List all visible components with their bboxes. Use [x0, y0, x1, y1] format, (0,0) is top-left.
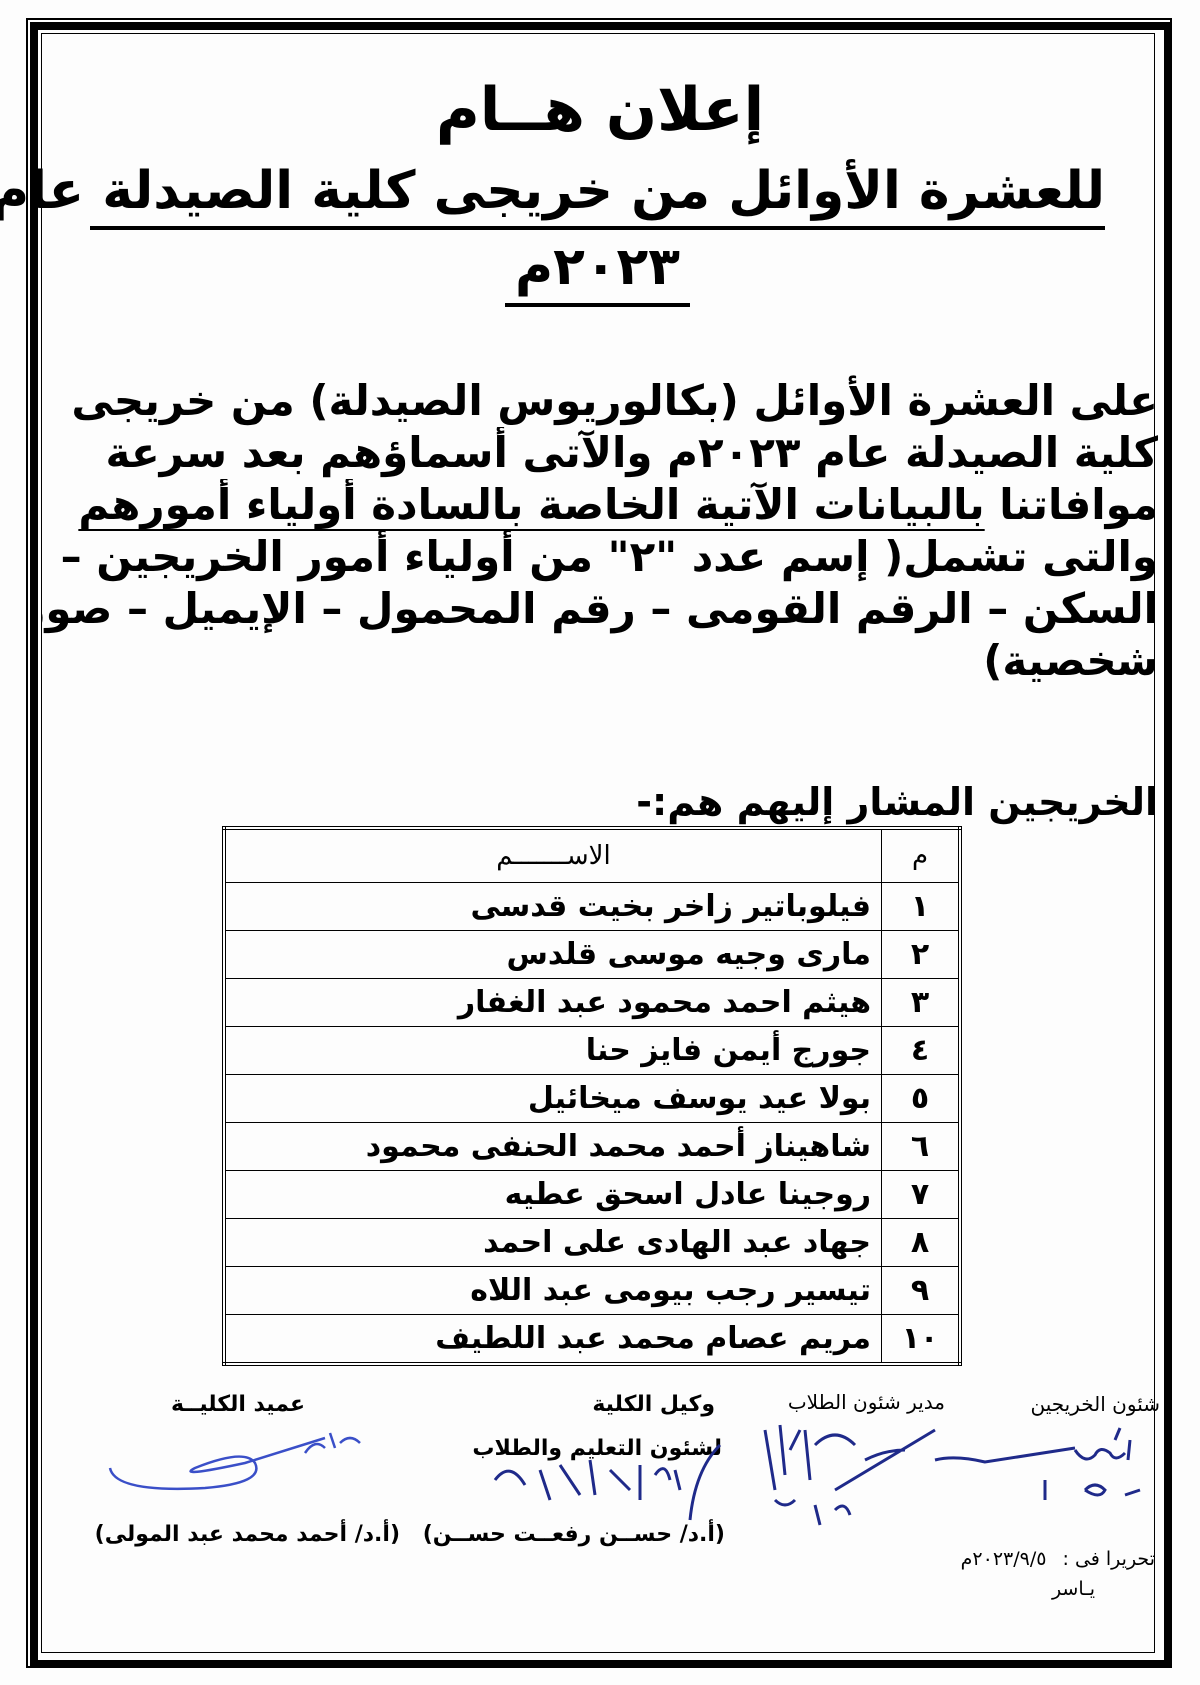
row-name: فيلوباتير زاخر بخيت قدسى [224, 883, 882, 931]
row-name: مارى وجيه موسى قلدس [224, 931, 882, 979]
dean-name: (أ.د/ أحمد محمد عبد المولى) [95, 1522, 400, 1547]
row-name: هيثم احمد محمود عبد الغفار [224, 979, 882, 1027]
header-name: الاســـــــم [224, 828, 882, 883]
announcement-body: على العشرة الأوائل (بكالوريوس الصيدلة) م… [42, 375, 1158, 687]
row-name: تيسير رجب بيومى عبد اللاه [224, 1267, 882, 1315]
vice-dean-signature [480, 1440, 730, 1525]
vice-dean-label: وكيل الكلية [592, 1392, 715, 1417]
body-line-6: شخصية) [42, 635, 1158, 687]
table-row: ١٠مريم عصام محمد عبد اللطيف [224, 1315, 960, 1365]
table-row: ٥بولا عيد يوسف ميخائيل [224, 1075, 960, 1123]
table-row: ٧روجينا عادل اسحق عطيه [224, 1171, 960, 1219]
body-line-5: السكن – الرقم القومى – رقم المحمول – الإ… [42, 583, 1158, 635]
table-row: ١فيلوباتير زاخر بخيت قدسى [224, 883, 960, 931]
row-name: روجينا عادل اسحق عطيه [224, 1171, 882, 1219]
written-date-label: تحريرا فى : [1063, 1548, 1156, 1570]
row-name: جهاد عبد الهادى على احمد [224, 1219, 882, 1267]
header-num: م [882, 828, 961, 883]
written-date: تحريرا فى : ٢٠٢٣/٩/٥م [961, 1548, 1155, 1570]
row-num: ٧ [882, 1171, 961, 1219]
body-line-4: والتى تشمل( إسم عدد "٢" من أولياء أمور ا… [42, 531, 1158, 583]
table-row: ٦شاهيناز أحمد محمد الحنفى محمود [224, 1123, 960, 1171]
vice-dean-name: (أ.د/ حســن رفعــت حســن) [423, 1522, 725, 1547]
document-title: إعلان هــام [0, 80, 1200, 140]
body-line-3: موافاتنا بالبيانات الآتية الخاصة بالسادة… [42, 479, 1158, 531]
table-row: ٣هيثم احمد محمود عبد الغفار [224, 979, 960, 1027]
subtitle-line-2: ٢٠٢٣م [505, 230, 690, 306]
table-row: ٨جهاد عبد الهادى على احمد [224, 1219, 960, 1267]
document-subtitle: للعشرة الأوائل من خريجى كلية الصيدلة عام… [90, 160, 1105, 307]
subtitle-line-1: للعشرة الأوائل من خريجى كلية الصيدلة عام [90, 160, 1105, 230]
table-row: ٢مارى وجيه موسى قلدس [224, 931, 960, 979]
row-num: ٨ [882, 1219, 961, 1267]
row-name: جورج أيمن فايز حنا [224, 1027, 882, 1075]
student-affairs-director-label: مدير شئون الطلاب [788, 1390, 945, 1414]
row-num: ٥ [882, 1075, 961, 1123]
row-name: مريم عصام محمد عبد اللطيف [224, 1315, 882, 1365]
row-num: ٦ [882, 1123, 961, 1171]
graduates-affairs-signature [925, 1420, 1155, 1510]
written-by: يـاسر [1052, 1578, 1095, 1600]
graduates-table: م الاســـــــم ١فيلوباتير زاخر بخيت قدسى… [222, 826, 962, 1366]
body-line-2: كلية الصيدلة عام ٢٠٢٣م والآتى أسماؤهم بع… [42, 427, 1158, 479]
list-intro: الخريجين المشار إليهم هم:- [636, 780, 1158, 824]
row-num: ٢ [882, 931, 961, 979]
row-num: ٣ [882, 979, 961, 1027]
row-num: ٤ [882, 1027, 961, 1075]
student-affairs-director-signature [755, 1420, 945, 1530]
row-num: ٩ [882, 1267, 961, 1315]
announcement-document: إعلان هــام للعشرة الأوائل من خريجى كلية… [0, 0, 1200, 1685]
row-num: ١ [882, 883, 961, 931]
body-line-1: على العشرة الأوائل (بكالوريوس الصيدلة) م… [42, 375, 1158, 427]
table-header-row: م الاســـــــم [224, 828, 960, 883]
table-row: ٤جورج أيمن فايز حنا [224, 1027, 960, 1075]
written-date-value: ٢٠٢٣/٩/٥م [961, 1548, 1047, 1570]
dean-signature [105, 1418, 365, 1498]
row-num: ١٠ [882, 1315, 961, 1365]
body-line-3-plain: موافاتنا [985, 480, 1158, 529]
body-line-3-underlined: بالبيانات الآتية الخاصة بالسادة أولياء أ… [78, 480, 984, 529]
dean-label: عميد الكليــة [171, 1392, 305, 1417]
table-row: ٩تيسير رجب بيومى عبد اللاه [224, 1267, 960, 1315]
graduates-affairs-label: شئون الخريجين [1030, 1392, 1160, 1416]
row-name: شاهيناز أحمد محمد الحنفى محمود [224, 1123, 882, 1171]
row-name: بولا عيد يوسف ميخائيل [224, 1075, 882, 1123]
